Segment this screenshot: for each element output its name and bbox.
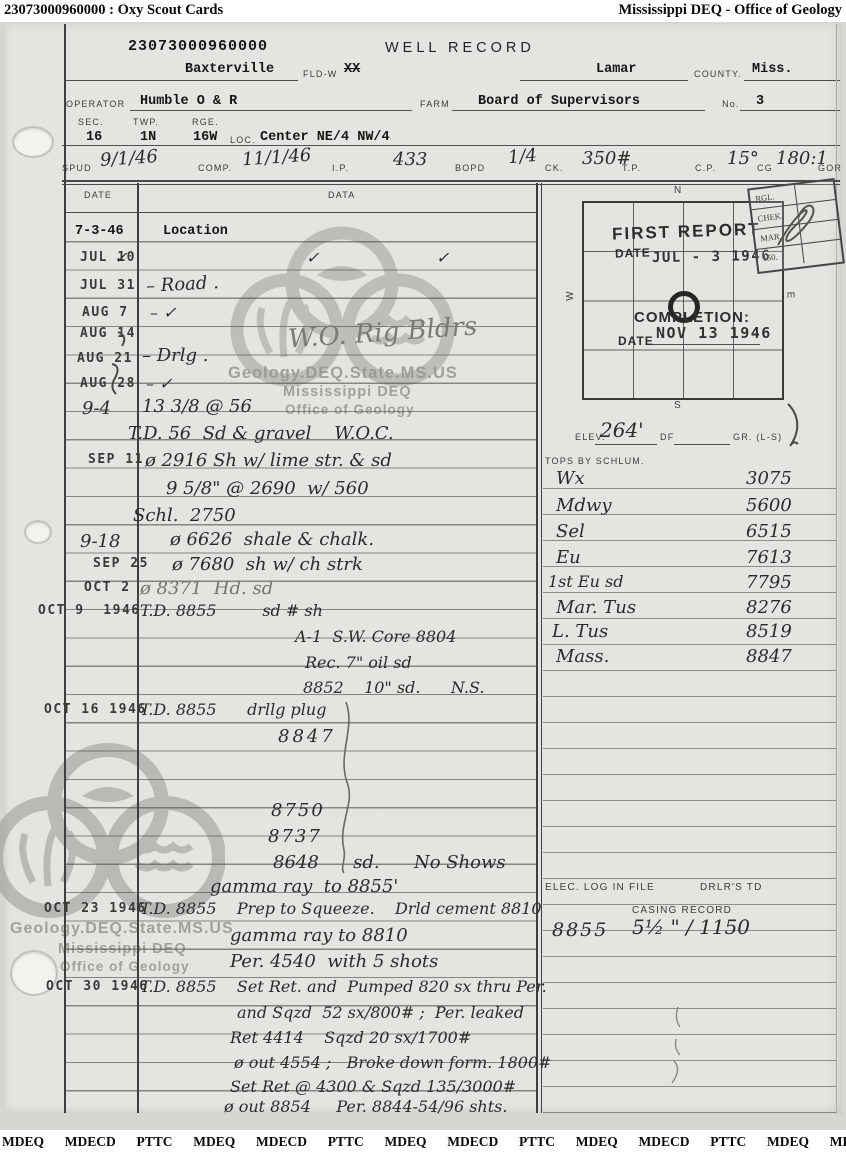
log-text: 13 3/8 @ 56 [142,396,252,417]
card-title: WELL RECORD [385,40,535,56]
log-text: ø 2916 Sh w/ lime str. & sd [145,450,392,471]
log-text: T.D. 8855 Prep to Squeeze. Drld cement 8… [140,899,542,918]
log-text: 8847 [278,726,336,747]
log-text: 8852 10" sd. N.S. [303,678,484,697]
log-date: 9-4 [82,398,111,419]
map-east-label: E [784,292,795,300]
formation-depth: 8276 [746,597,792,618]
formation-depth: 7613 [746,547,792,568]
pen-scribble [758,190,838,260]
rule-line [595,444,657,445]
formation-depth: 8519 [746,621,792,642]
formation-name: Mar. Tus [556,597,636,618]
rule-line [62,184,840,186]
rule-line [652,344,760,345]
formation-name: Eu [556,547,581,568]
log-text: T.D. 8855 drllg plug [140,700,326,719]
formation-name: Mass. [556,646,609,667]
rule-line [452,110,705,111]
formation-name: 1st Eu sd [548,572,623,591]
rule-line [744,80,840,81]
log-text: Per. 4540 with 5 shots [230,951,438,972]
log-date: 7-3-46 [75,224,124,239]
well-no-label: No. [722,99,740,109]
rge-value: 16W [193,130,217,145]
pen-mark [782,402,804,452]
sec-value: 16 [86,130,102,145]
check-mark: ✓ [436,248,449,267]
rule-line [740,110,840,111]
log-date: JUL 31 [80,278,136,293]
log-text: 9 5/8" @ 2690 w/ 560 [166,478,369,499]
tops-title: TOPS BY SCHLUM. [545,456,645,466]
spud-label: SPUD [62,163,92,173]
log-text: – ✓ [150,303,177,322]
log-date: SEP 25 [93,556,149,571]
first-report-date: JUL - 3 1946 [652,248,771,266]
operator-label: OPERATOR [66,99,125,109]
rule-line [674,444,730,445]
date-column-header: DATE [84,190,112,200]
log-date: OCT 2 [84,580,131,595]
log-text: 8737 [268,826,322,847]
log-text: T.D. 56 Sd & gravel W.O.C. [128,423,394,444]
data-column-header: DATA [328,190,355,200]
ck-label: CK. [545,163,564,173]
choke-value: 1/4 [507,145,538,168]
completion-date-label: DATE [618,334,654,348]
rule-line [62,180,840,182]
viewer-header-bar: 23073000960000 : Oxy Scout Cards Mississ… [0,0,846,22]
log-date: AUG 7 [82,305,129,320]
formation-name: L. Tus [552,621,608,642]
log-date: OCT 30 1946 [46,979,149,994]
log-date: OCT 9 1946 [38,603,141,618]
operator-name: Humble O & R [140,94,237,109]
log-text: A-1 S.W. Core 8804 [295,627,456,646]
check-mark: ✓ [306,248,319,267]
drlrs-td-label: DRLR'S TD [700,882,763,893]
twp-label: TWP. [133,117,159,127]
cp-label: C.P. [695,163,716,173]
formation-depth: 6515 [746,521,792,542]
api-number: 23073000960000 [128,38,268,55]
rule-line [62,145,840,146]
footer-org-strip: MDEQ MDECD PTTC MDEQ MDECD PTTC MDEQ MDE… [2,1134,846,1150]
pen-brace-mark [330,700,360,875]
elev-value: 264' [600,418,644,442]
comp-label: COMP. [198,163,232,173]
map-south-label: S [674,400,682,411]
punch-hole [12,126,54,158]
casing-depth: 8855 [552,919,608,941]
log-date: SEP 11 [88,452,144,467]
farm-name: Board of Supervisors [478,94,640,109]
county-name: Lamar [596,62,637,77]
rge-label: RGE. [192,117,219,127]
formation-name: Sel [556,521,585,542]
ip-value: 433 [393,149,427,170]
well-number: 3 [756,94,764,109]
check-mark: ✓ [114,248,127,267]
twp-value: 1N [140,130,156,145]
log-text: ø 8371 Hd. sd [140,578,273,599]
gr-label: GR. (L-S) [733,432,782,442]
rule-line [64,212,536,213]
spud-date: 9/1/46 [99,146,158,171]
column-separator [541,183,543,1113]
map-west-label: W [565,290,576,301]
card-right-border [836,24,837,1113]
loc-label: LOC. [230,135,256,145]
formation-name: Mdwy [556,495,612,516]
farm-label: FARM [420,99,450,109]
gravity-value: 15° [727,148,759,169]
rule-line [520,80,688,81]
log-text: Ret 4414 Sqzd 20 sx/1700# [230,1028,471,1047]
tp-label: T.P. [622,163,641,173]
viewer-footer-bar: MDEQ MDECD PTTC MDEQ MDECD PTTC MDEQ MDE… [0,1130,846,1156]
formation-depth: 5600 [746,495,792,516]
log-text: gamma ray to 8810 [230,925,408,946]
formation-depth: 8847 [746,646,792,667]
log-text: 8750 [271,800,325,821]
state-name: Miss. [752,62,793,77]
map-north-label: N [674,185,682,196]
log-text: T.D. 8855 Set Ret. and Pumped 820 sx thr… [140,977,547,996]
log-date: OCT 23 1946 [44,901,147,916]
log-date: OCT 16 1946 [44,702,147,717]
ip-label: I.P. [332,163,349,173]
sec-label: SEC. [78,117,104,127]
log-text: T.D. 8855 sd # sh [140,601,323,620]
agency-title: Mississippi DEQ - Office of Geology [618,2,842,19]
log-date: JUL 10 [80,250,136,265]
log-text: Schl. 2750 [133,505,236,526]
cg-label: CG [757,163,773,173]
scanned-well-record-page: 23073000960000 : Oxy Scout Cards Mississ… [0,0,846,1156]
first-report-date-label: DATE [615,245,651,260]
formation-depth: 3075 [746,468,792,489]
pen-mark [104,330,134,400]
log-text: – Road . [146,272,220,297]
log-text: Location [163,224,228,239]
gor-label: GOR [818,163,842,173]
log-text: Set Ret @ 4300 & Sqzd 135/3000# [230,1077,516,1096]
loc-value: Center NE/4 NW/4 [260,130,390,145]
log-text: ø 6626 shale & chalk. [170,529,374,550]
bopd-label: BOPD [455,163,485,173]
completion-date: NOV 13 1946 [656,324,772,342]
log-text: 8648 sd. No Shows [273,852,506,873]
pen-mark [668,1005,688,1085]
formation-name: Wx [556,468,585,489]
column-separator [536,183,538,1113]
document-id-title: 23073000960000 : Oxy Scout Cards [4,2,223,19]
log-text: ø out 4554 ; Broke down form. 1800# [234,1053,552,1072]
log-text: and Sqzd 52 sx/800# ; Per. leaked [237,1003,524,1022]
county-label: COUNTY. [694,69,742,79]
log-text: gamma ray to 8855' [210,876,398,897]
log-text: – ✓ [146,374,173,393]
log-date: 9-18 [80,531,120,552]
casing-size: 5½ " / 1150 [632,915,750,939]
log-text: – Drlg . [142,345,208,366]
log-text: Rec. 7" oil sd [305,653,412,672]
punch-hole [24,520,52,544]
log-text: ø out 8854 Per. 8844-54/96 shts. [224,1097,507,1116]
df-label: DF [660,432,674,442]
log-text: ø 7680 sh w/ ch strk [172,554,363,575]
ruled-lines-right [543,463,836,1113]
field-name: Baxterville [185,62,274,77]
rule-line [130,110,412,111]
rule-line [66,80,298,81]
field-strike: XX [344,62,360,77]
elec-log-label: ELEC. LOG IN FILE [545,882,655,893]
field-label: FLD-W [303,69,338,79]
formation-depth: 7795 [746,572,792,593]
